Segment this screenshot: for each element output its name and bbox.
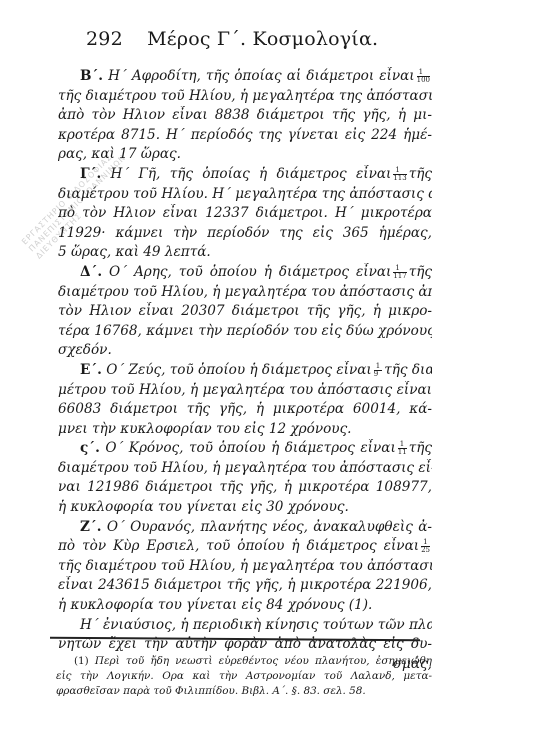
text-line: κροτέρα 8715. Η΄ περίοδός της γίνεται εἰ… bbox=[58, 126, 432, 146]
text-line: Η΄ ἐνιαύσιος, ἡ περιοδικὴ κίνησις τούτων… bbox=[58, 616, 432, 636]
page-number: 292 bbox=[86, 28, 123, 50]
text-line: διαμέτρου τοῦ Ηλίου. Η΄ μεγαλητέρα της ἀ… bbox=[58, 185, 432, 205]
footnote-marker: (1) bbox=[74, 655, 89, 667]
section-label: Ε΄. bbox=[80, 362, 102, 378]
text-line: Γ΄. Η΄ Γῆ, τῆς ὁποίας ἡ διάμετρος εἶναι1… bbox=[58, 165, 432, 185]
footnote-line: εἰς τὴν Λογικήν. Ορα καὶ τὴν Αστρονομίαν… bbox=[56, 669, 432, 684]
fraction: 111 bbox=[398, 441, 407, 456]
text-line: τὸν Ηλιον εἶναι 20307 διάμετροι τῆς γῆς,… bbox=[58, 302, 432, 322]
fraction: 125 bbox=[421, 539, 430, 554]
section-label: Β΄. bbox=[80, 68, 103, 84]
text-line: τῆς διαμέτρου τοῦ Ηλίου, ἡ μεγαλητέρα το… bbox=[58, 557, 432, 577]
text-line: πὸ τὸν Κὺρ Ερσιελ, τοῦ ὁποίου ἡ διάμετρο… bbox=[58, 537, 432, 557]
text-line: ἡ κυκλοφορία του γίνεται εἰς 30 χρόνους. bbox=[58, 498, 432, 518]
line-text: τῆς δια- bbox=[384, 362, 432, 378]
text-line: εἶναι 243615 διάμετροι τῆς γῆς, ἡ μικροτ… bbox=[58, 576, 432, 596]
line-text: Η΄ Αφροδίτη, τῆς ὁποίας αἱ διάμετροι εἶν… bbox=[108, 68, 415, 84]
running-title: Μέρος Γ΄. Κοσμολογία. bbox=[147, 28, 378, 50]
fraction: 1113 bbox=[393, 167, 406, 182]
section-label: Ζ΄. bbox=[80, 519, 101, 535]
line-text: Ο΄ Κρόνος, τοῦ ὁποίου ἡ διάμετρος εἶναι bbox=[105, 440, 395, 456]
line-text: Ο΄ Ουρανός, πλανήτης νέος, ἀνακαλυφθεὶς … bbox=[107, 519, 432, 535]
text-line: Δ΄. Ο΄ Αρης, τοῦ ὁποίου ἡ διάμετρος εἶνα… bbox=[58, 263, 432, 283]
text-line: 11929· κάμνει τὴν περίοδόν της εἰς 365 ἡ… bbox=[58, 224, 432, 244]
line-text: Η΄ Γῆ, τῆς ὁποίας ἡ διάμετρος εἶναι bbox=[111, 166, 392, 182]
fraction: 1117 bbox=[393, 265, 406, 280]
text-line: πὸ τὸν Ηλιον εἶναι 12337 διάμετροι. Η΄ μ… bbox=[58, 204, 432, 224]
text-line: διαμέτρου τοῦ Ηλίου, ἡ μεγαλητέρα του ἀπ… bbox=[58, 283, 432, 303]
book-page: ΕΡΓΑΣΤΗΡΙΟ ΦΙΛΟΣΟΦΙΑΣ ΠΑΝΕΠΙΣΤΗΜΙΟ ΙΩΑΝΝ… bbox=[0, 0, 552, 750]
text-line: ρας, καὶ 17 ὥρας. bbox=[58, 145, 432, 165]
text-line: ς΄. Ο΄ Κρόνος, τοῦ ὁποίου ἡ διάμετρος εἶ… bbox=[58, 439, 432, 459]
text-line: 66083 διάμετροι τῆς γῆς, ἡ μικροτέρα 600… bbox=[58, 400, 432, 420]
line-text: τῆς bbox=[409, 440, 432, 456]
line-text: Ο΄ Ζεύς, τοῦ ὁποίου ἡ διάμετρος εἶναι bbox=[106, 362, 372, 378]
fraction-denominator: 117 bbox=[393, 273, 406, 280]
footnote-line: (1) Περὶ τοῦ ἤδη νεωστὶ εὑρεθέντος νέου … bbox=[56, 654, 432, 669]
line-text: τῆς bbox=[409, 264, 432, 280]
fraction: 19 bbox=[374, 363, 382, 378]
text-line: ναι 121986 διάμετροι τῆς γῆς, ἡ μικροτέρ… bbox=[58, 478, 432, 498]
text-line: τέρα 16768, κάμνει τὴν περίοδόν του εἰς … bbox=[58, 322, 432, 342]
text-line: τῆς διαμέτρου τοῦ Ηλίου, ἡ μεγαλητέρα τη… bbox=[58, 87, 432, 107]
text-line: ἡ κυκλοφορία του γίνεται εἰς 84 χρόνους … bbox=[58, 596, 432, 616]
text-line: ἀπὸ τὸν Ηλιον εἶναι 8838 διάμετροι τῆς γ… bbox=[58, 106, 432, 126]
fraction: 1100 bbox=[417, 69, 430, 84]
fraction-denominator: 11 bbox=[398, 449, 407, 456]
line-text: πὸ τὸν Κὺρ Ερσιελ, τοῦ ὁποίου ἡ διάμετρο… bbox=[58, 538, 419, 554]
text-line: Β΄. Η΄ Αφροδίτη, τῆς ὁποίας αἱ διάμετροι… bbox=[58, 67, 432, 87]
fraction-denominator: 113 bbox=[393, 175, 406, 182]
fraction-denominator: 100 bbox=[417, 77, 430, 84]
text-line: 5 ὥρας, καὶ 49 λεπτά. bbox=[58, 243, 432, 263]
section-label: Γ΄. bbox=[80, 166, 101, 182]
text-line: Ζ΄. Ο΄ Ουρανός, πλανήτης νέος, ἀνακαλυφθ… bbox=[58, 518, 432, 538]
text-line: σχεδόν. bbox=[58, 341, 432, 361]
main-text: Β΄. Η΄ Αφροδίτη, τῆς ὁποίας αἱ διάμετροι… bbox=[58, 67, 432, 674]
line-text: Ο΄ Αρης, τοῦ ὁποίου ἡ διάμετρος εἶναι bbox=[109, 264, 391, 280]
section-label: ς΄. bbox=[80, 440, 100, 456]
text-line: μνει τὴν κυκλοφορίαν του εἰς 12 χρόνους. bbox=[58, 420, 432, 440]
fraction-denominator: 25 bbox=[421, 547, 430, 554]
fraction-denominator: 9 bbox=[374, 371, 382, 378]
footnote: (1) Περὶ τοῦ ἤδη νεωστὶ εὑρεθέντος νέου … bbox=[56, 654, 432, 699]
text-line: διαμέτρου τοῦ Ηλίου, ἡ μεγαλητέρα του ἀπ… bbox=[58, 459, 432, 479]
line-text: τῆς bbox=[409, 166, 432, 182]
running-header: 292 Μέρος Γ΄. Κοσμολογία. bbox=[86, 28, 378, 50]
footnote-line: φρασθεῖσαν παρὰ τοῦ Φιλιππίδου. Βιβλ. Α΄… bbox=[56, 684, 432, 699]
section-label: Δ΄. bbox=[80, 264, 102, 280]
line-text: Περὶ τοῦ ἤδη νεωστὶ εὑρεθέντος νέου πλαν… bbox=[95, 655, 432, 667]
text-line: Ε΄. Ο΄ Ζεύς, τοῦ ὁποίου ἡ διάμετρος εἶνα… bbox=[58, 361, 432, 381]
text-line: μέτρου τοῦ Ηλίου, ἡ μεγαλητέρα του ἀπόστ… bbox=[58, 381, 432, 401]
